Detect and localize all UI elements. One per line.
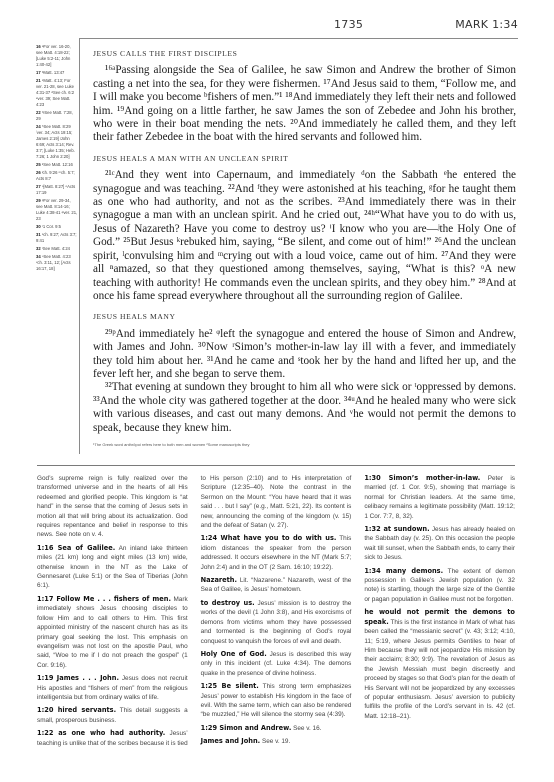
cross-reference: 16 ᵃFor ver. 16-20, see Matt. 4:18-22; [… — [36, 44, 78, 68]
study-note: 1:17 Follow Me . . . fishers of men. Mar… — [37, 595, 188, 670]
cross-reference: 31 ˢch. 9:27; Acts 3:7; 9:41 — [36, 232, 78, 244]
cross-reference-column: 16 ᵃFor ver. 16-20, see Matt. 4:18-22; [… — [36, 44, 78, 440]
running-head: MARK 1:34 — [455, 18, 518, 31]
cross-reference: 30 ʳ1 Cor. 9:5 — [36, 224, 78, 230]
cross-reference: 27 ⁿ[Matt. 8:27] ᵒActs 17:19 — [36, 184, 78, 196]
study-note: to destroy us. Jesus’ mission is to dest… — [201, 599, 352, 646]
page-number: 1735 — [334, 18, 363, 31]
study-note: James and John. See v. 19. — [201, 737, 352, 746]
study-note: 1:25 Be silent. This strong term emphasi… — [201, 682, 352, 720]
study-note: 1:20 hired servants. This detail suggest… — [37, 706, 188, 725]
cross-reference: 26 ˡch. 9:26 ᵐch. 5:7; Acts 8:7 — [36, 170, 78, 182]
scripture-paragraph: ³²That evening at sundown they brought t… — [93, 381, 516, 435]
study-notes-divider — [37, 465, 515, 466]
cross-reference: 29 ᵖFor ver. 29-34, see Matt. 8:14-16; L… — [36, 198, 78, 222]
cross-reference: 21 ᶜMatt. 4:13; For ver. 21-28, see Luke… — [36, 78, 78, 108]
study-note: 1:30 Simon’s mother-in-law. Peter is mar… — [364, 474, 515, 521]
footnotes: ¹The Greek word anthrōpoi refers here to… — [93, 442, 513, 447]
cross-reference: 32 ᵗSee Matt. 4:24 — [36, 246, 78, 252]
section-heading: JESUS HEALS MANY — [93, 310, 516, 323]
study-note: 1:19 James . . . John. Jesus does not re… — [37, 674, 188, 702]
section-heading: JESUS CALLS THE FIRST DISCIPLES — [93, 47, 516, 60]
section-heading: JESUS HEALS A MAN WITH AN UNCLEAN SPIRIT — [93, 152, 516, 165]
study-notes: God’s supreme reign is fully realized ov… — [37, 474, 515, 774]
study-note: 1:34 many demons. The extent of demon po… — [364, 567, 515, 605]
study-note: 1:32 at sundown. Jesus has already heale… — [364, 525, 515, 563]
scripture-text: JESUS CALLS THE FIRST DISCIPLES ¹⁶ᵃPassi… — [93, 47, 516, 442]
study-note: God’s supreme reign is fully realized ov… — [37, 474, 188, 540]
scripture-paragraph: ²⁹ᵖAnd immediately he² ᵠleft the synagog… — [93, 328, 516, 382]
cross-reference: 22 ᶠᵍSee Matt. 7:28, 29 — [36, 110, 78, 122]
study-note: 1:24 What have you to do with us. This i… — [201, 534, 352, 572]
study-note: 1:29 Simon and Andrew. See v. 16. — [201, 724, 352, 733]
study-note: 1:16 Sea of Galilee. An inland lake thir… — [37, 544, 188, 591]
column-rule — [79, 38, 80, 454]
page-header: 1735 MARK 1:34 — [80, 12, 518, 39]
study-note: he would not permit the demons to speak.… — [364, 608, 515, 721]
cross-reference: 25 ᵏSee Matt. 12:16 — [36, 162, 78, 168]
scripture-paragraph: ²¹ᶜAnd they went into Capernaum, and imm… — [93, 169, 516, 303]
cross-reference: 17 ᵇMatt. 13:47 — [36, 70, 78, 76]
study-note: Holy One of God. Jesus is described this… — [201, 650, 352, 678]
cross-reference: 24 ʰSee Matt. 8:29 ⁱver. 34; Acts 19:15;… — [36, 124, 78, 160]
scripture-paragraph: ¹⁶ᵃPassing alongside the Sea of Galilee,… — [93, 64, 516, 144]
cross-reference: 34 ᵘSee Matt. 4:23 ᵛch. 3:11, 12; [Acts … — [36, 254, 78, 272]
study-note: Nazareth. Lit. “Nazarene.” Nazareth, wes… — [201, 576, 352, 595]
